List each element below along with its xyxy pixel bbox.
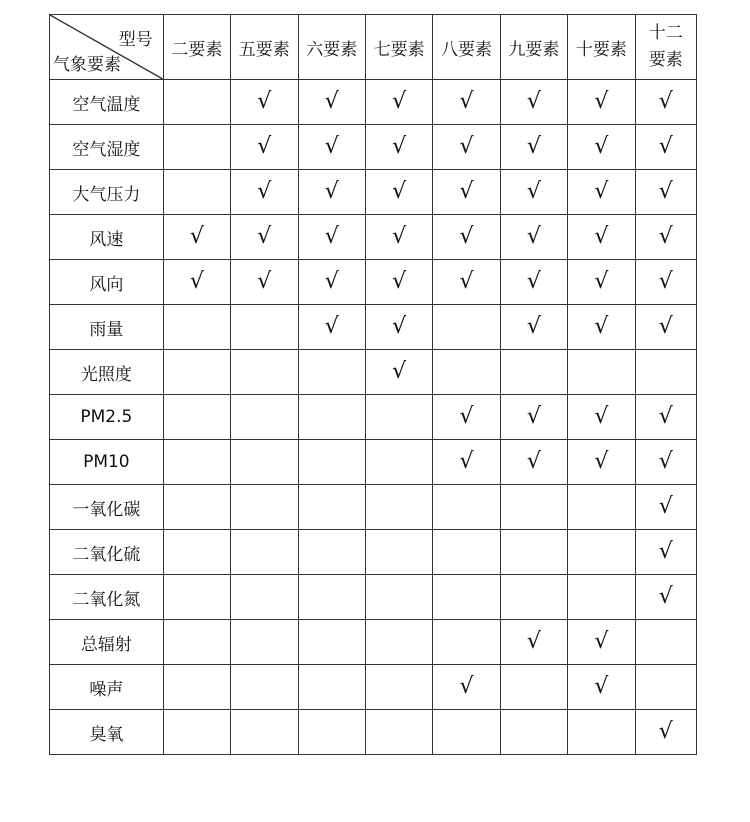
check-mark-icon: √ — [392, 359, 406, 384]
table-cell: √ — [433, 170, 500, 215]
column-header: 十要素 — [568, 15, 635, 80]
table-cell — [500, 530, 567, 575]
table-cell: √ — [568, 395, 635, 440]
table-cell — [163, 710, 230, 755]
table-row: 二氧化硫√ — [50, 530, 697, 575]
table-cell — [231, 665, 298, 710]
check-mark-icon: √ — [527, 449, 541, 474]
table-row: 总辐射√√ — [50, 620, 697, 665]
check-mark-icon: √ — [460, 224, 474, 249]
row-label: 空气温度 — [50, 80, 164, 125]
table-cell: √ — [635, 575, 696, 620]
row-label: 风向 — [50, 260, 164, 305]
table-cell: √ — [568, 305, 635, 350]
table-row: 风速√√√√√√√√ — [50, 215, 697, 260]
table-cell — [635, 620, 696, 665]
check-mark-icon: √ — [594, 674, 608, 699]
check-mark-icon: √ — [257, 89, 271, 114]
check-mark-icon: √ — [594, 314, 608, 339]
check-mark-icon: √ — [460, 404, 474, 429]
table-cell: √ — [298, 125, 365, 170]
table-cell: √ — [433, 80, 500, 125]
table-cell — [298, 575, 365, 620]
check-mark-icon: √ — [325, 314, 339, 339]
table-cell: √ — [500, 215, 567, 260]
header-row: 型号 气象要素 二要素 五要素 六要素 七要素 八要素 九要素 十要素 十二 要… — [50, 15, 697, 80]
check-mark-icon: √ — [325, 134, 339, 159]
table-cell — [163, 440, 230, 485]
table-cell: √ — [433, 395, 500, 440]
table-row: PM10√√√√ — [50, 440, 697, 485]
table-cell: √ — [635, 395, 696, 440]
sensor-element-table: 型号 气象要素 二要素 五要素 六要素 七要素 八要素 九要素 十要素 十二 要… — [49, 14, 697, 755]
table-cell — [500, 665, 567, 710]
table-cell — [231, 305, 298, 350]
table-cell: √ — [231, 125, 298, 170]
check-mark-icon: √ — [527, 269, 541, 294]
row-label: 二氧化氮 — [50, 575, 164, 620]
table-cell — [365, 395, 432, 440]
table-cell: √ — [568, 125, 635, 170]
check-mark-icon: √ — [527, 404, 541, 429]
check-mark-icon: √ — [460, 674, 474, 699]
table-cell — [500, 485, 567, 530]
check-mark-icon: √ — [392, 224, 406, 249]
check-mark-icon: √ — [325, 179, 339, 204]
check-mark-icon: √ — [527, 314, 541, 339]
check-mark-icon: √ — [460, 179, 474, 204]
table-cell: √ — [500, 260, 567, 305]
table-cell: √ — [635, 305, 696, 350]
table-cell: √ — [500, 305, 567, 350]
table-cell — [163, 665, 230, 710]
table-cell: √ — [635, 260, 696, 305]
table-cell — [231, 575, 298, 620]
row-label: 噪声 — [50, 665, 164, 710]
table-cell — [231, 440, 298, 485]
table-cell: √ — [298, 305, 365, 350]
check-mark-icon: √ — [392, 134, 406, 159]
table-cell — [365, 665, 432, 710]
table-cell — [163, 575, 230, 620]
row-label: 二氧化硫 — [50, 530, 164, 575]
table-cell: √ — [433, 260, 500, 305]
table-cell — [500, 575, 567, 620]
table-cell: √ — [500, 620, 567, 665]
check-mark-icon: √ — [257, 269, 271, 294]
table-cell: √ — [433, 215, 500, 260]
check-mark-icon: √ — [190, 224, 204, 249]
table-cell — [568, 530, 635, 575]
table-cell: √ — [298, 260, 365, 305]
table-cell — [433, 350, 500, 395]
check-mark-icon: √ — [325, 224, 339, 249]
table-cell — [568, 575, 635, 620]
table-cell — [298, 530, 365, 575]
check-mark-icon: √ — [527, 179, 541, 204]
check-mark-icon: √ — [659, 719, 673, 744]
table-cell: √ — [365, 260, 432, 305]
check-mark-icon: √ — [659, 314, 673, 339]
table-cell — [433, 620, 500, 665]
table-cell: √ — [568, 170, 635, 215]
table-cell: √ — [433, 665, 500, 710]
table-cell — [298, 665, 365, 710]
column-header: 六要素 — [298, 15, 365, 80]
check-mark-icon: √ — [659, 179, 673, 204]
check-mark-icon: √ — [527, 89, 541, 114]
table-cell — [298, 350, 365, 395]
check-mark-icon: √ — [460, 89, 474, 114]
table-cell: √ — [231, 170, 298, 215]
row-label: 臭氧 — [50, 710, 164, 755]
table-cell — [433, 530, 500, 575]
check-mark-icon: √ — [659, 494, 673, 519]
table-cell — [163, 80, 230, 125]
table-row: 臭氧√ — [50, 710, 697, 755]
table-cell — [365, 485, 432, 530]
row-label: 雨量 — [50, 305, 164, 350]
table-cell: √ — [433, 440, 500, 485]
table-row: 光照度√ — [50, 350, 697, 395]
check-mark-icon: √ — [594, 269, 608, 294]
table-cell: √ — [568, 665, 635, 710]
table-cell — [433, 485, 500, 530]
table-cell: √ — [365, 305, 432, 350]
table-cell — [231, 530, 298, 575]
check-mark-icon: √ — [325, 269, 339, 294]
table-cell — [163, 620, 230, 665]
check-mark-icon: √ — [527, 224, 541, 249]
check-mark-icon: √ — [257, 224, 271, 249]
row-label: 总辐射 — [50, 620, 164, 665]
table-cell: √ — [500, 125, 567, 170]
table-cell: √ — [298, 170, 365, 215]
check-mark-icon: √ — [392, 179, 406, 204]
check-mark-icon: √ — [392, 314, 406, 339]
check-mark-icon: √ — [594, 224, 608, 249]
table-cell: √ — [635, 440, 696, 485]
table-cell — [163, 350, 230, 395]
table-cell — [298, 620, 365, 665]
check-mark-icon: √ — [659, 89, 673, 114]
table-cell: √ — [635, 170, 696, 215]
table-cell: √ — [163, 260, 230, 305]
row-label: PM2.5 — [50, 395, 164, 440]
table-cell — [231, 620, 298, 665]
table-cell: √ — [635, 710, 696, 755]
column-header: 十二 要素 — [635, 15, 696, 80]
corner-header-cell: 型号 气象要素 — [50, 15, 164, 80]
table-cell: √ — [568, 620, 635, 665]
column-header-line: 要素 — [636, 47, 696, 74]
table-cell — [635, 350, 696, 395]
table-cell: √ — [433, 125, 500, 170]
table-cell — [163, 485, 230, 530]
table-cell: √ — [365, 80, 432, 125]
table-cell: √ — [231, 215, 298, 260]
table-cell — [365, 530, 432, 575]
check-mark-icon: √ — [659, 269, 673, 294]
table-row: 风向√√√√√√√√ — [50, 260, 697, 305]
row-label: 光照度 — [50, 350, 164, 395]
check-mark-icon: √ — [659, 134, 673, 159]
check-mark-icon: √ — [392, 269, 406, 294]
column-header-line: 十二 — [636, 20, 696, 47]
table-row: 空气湿度√√√√√√√ — [50, 125, 697, 170]
table-cell — [163, 305, 230, 350]
check-mark-icon: √ — [460, 269, 474, 294]
check-mark-icon: √ — [659, 539, 673, 564]
check-mark-icon: √ — [659, 224, 673, 249]
table-cell: √ — [500, 395, 567, 440]
table-cell: √ — [635, 485, 696, 530]
table-cell: √ — [635, 215, 696, 260]
check-mark-icon: √ — [659, 449, 673, 474]
column-header: 七要素 — [365, 15, 432, 80]
row-label: 一氧化碳 — [50, 485, 164, 530]
check-mark-icon: √ — [594, 629, 608, 654]
table-cell — [231, 485, 298, 530]
column-header: 五要素 — [231, 15, 298, 80]
table-cell: √ — [500, 170, 567, 215]
table-cell: √ — [365, 170, 432, 215]
row-label: 风速 — [50, 215, 164, 260]
table-cell: √ — [635, 125, 696, 170]
table-cell — [163, 170, 230, 215]
table-cell — [365, 620, 432, 665]
table-row: 二氧化氮√ — [50, 575, 697, 620]
table-cell — [365, 710, 432, 755]
table-cell: √ — [298, 80, 365, 125]
check-mark-icon: √ — [659, 404, 673, 429]
column-header: 八要素 — [433, 15, 500, 80]
table-cell: √ — [568, 80, 635, 125]
table-cell — [433, 710, 500, 755]
corner-element-label: 气象要素 — [53, 50, 121, 75]
table-cell — [231, 710, 298, 755]
table-row: 大气压力√√√√√√√ — [50, 170, 697, 215]
check-mark-icon: √ — [594, 134, 608, 159]
check-mark-icon: √ — [594, 89, 608, 114]
column-header: 九要素 — [500, 15, 567, 80]
row-label: PM10 — [50, 440, 164, 485]
table-cell — [568, 710, 635, 755]
table-cell — [500, 350, 567, 395]
table-cell: √ — [231, 260, 298, 305]
column-header: 二要素 — [163, 15, 230, 80]
table-cell: √ — [500, 80, 567, 125]
check-mark-icon: √ — [257, 134, 271, 159]
table-row: 一氧化碳√ — [50, 485, 697, 530]
table-cell — [163, 530, 230, 575]
table-cell: √ — [568, 440, 635, 485]
check-mark-icon: √ — [460, 134, 474, 159]
check-mark-icon: √ — [257, 179, 271, 204]
table-cell — [298, 710, 365, 755]
table-row: 雨量√√√√√ — [50, 305, 697, 350]
table-cell — [298, 440, 365, 485]
row-label: 大气压力 — [50, 170, 164, 215]
table-cell — [298, 485, 365, 530]
table-cell — [365, 575, 432, 620]
table-cell — [163, 395, 230, 440]
check-mark-icon: √ — [527, 134, 541, 159]
table-cell — [433, 575, 500, 620]
table-cell — [365, 440, 432, 485]
table-row: PM2.5√√√√ — [50, 395, 697, 440]
check-mark-icon: √ — [190, 269, 204, 294]
table-row: 空气温度√√√√√√√ — [50, 80, 697, 125]
table-cell: √ — [635, 80, 696, 125]
table-cell — [433, 305, 500, 350]
row-label: 空气湿度 — [50, 125, 164, 170]
check-mark-icon: √ — [392, 89, 406, 114]
table-cell: √ — [365, 125, 432, 170]
table-cell — [635, 665, 696, 710]
table-cell: √ — [365, 350, 432, 395]
corner-model-label: 型号 — [119, 25, 153, 50]
table-cell: √ — [231, 80, 298, 125]
check-mark-icon: √ — [594, 404, 608, 429]
check-mark-icon: √ — [460, 449, 474, 474]
check-mark-icon: √ — [659, 584, 673, 609]
table-cell: √ — [568, 215, 635, 260]
check-mark-icon: √ — [594, 179, 608, 204]
table-cell — [231, 350, 298, 395]
check-mark-icon: √ — [527, 629, 541, 654]
table-body: 空气温度√√√√√√√空气湿度√√√√√√√大气压力√√√√√√√风速√√√√√… — [50, 80, 697, 755]
table-cell — [163, 125, 230, 170]
table-cell: √ — [568, 260, 635, 305]
check-mark-icon: √ — [594, 449, 608, 474]
table-cell — [568, 485, 635, 530]
table-cell: √ — [500, 440, 567, 485]
table-row: 噪声√√ — [50, 665, 697, 710]
table-cell: √ — [635, 530, 696, 575]
table-cell — [568, 350, 635, 395]
table-cell — [231, 395, 298, 440]
table-cell: √ — [298, 215, 365, 260]
table-cell — [500, 710, 567, 755]
table-cell: √ — [365, 215, 432, 260]
table-cell — [298, 395, 365, 440]
check-mark-icon: √ — [325, 89, 339, 114]
table-cell: √ — [163, 215, 230, 260]
